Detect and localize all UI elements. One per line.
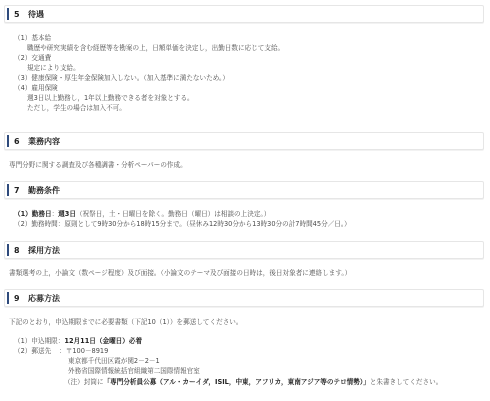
item-text: 原則として9時30分から18時15分まで。（昼休み12時30分から13時30分の… [64, 220, 350, 228]
separator: ： [59, 347, 66, 355]
item-label: （2）勤務時間 [14, 220, 58, 228]
note-suffix: と朱書きしてください。 [370, 378, 443, 386]
deadline-value: 12月11日（金曜日）必着 [64, 337, 142, 345]
section-heading-9: 9 応募方法 [4, 289, 484, 307]
section-title: 勤務条件 [28, 185, 60, 196]
item-label: （1）基本給 [14, 34, 51, 43]
section-number: 7 [14, 186, 28, 195]
heading-accent-bar [7, 292, 9, 304]
item-text: 職歴や研究実績を含む経歴等を勘案の上，日額単価を決定し，出勤日数に応じて支給。 [27, 44, 284, 53]
heading-accent-bar [7, 135, 9, 147]
item-label: （3）健康保険・厚生年金保険加入しない。（加入基準に満たないため。） [14, 74, 229, 83]
work-hours-line: （2）勤務時間：原則として9時30分から18時15分まで。（昼休み12時30分か… [14, 220, 351, 229]
item-text: ただし，学生の場合は加入不可。 [27, 104, 126, 113]
section-number: 6 [14, 137, 28, 146]
note-bold: 「専門分析員公募（アル・カーイダ，ISIL，中東，アフリカ，東南アジア等のテロ情… [104, 378, 370, 386]
section-body: 下記のとおり，申込期限までに必要書類（下記10（1））を郵送してください。 [9, 318, 242, 327]
item-text: 規定により支給。 [27, 64, 80, 73]
item-label: （1）申込期限 [14, 337, 58, 345]
mail-to-line: （2）郵送先：〒100－8919 [14, 347, 108, 356]
section-title: 業務内容 [28, 136, 60, 147]
section-body: 専門分野に関する調査及び各種調書・分析ペーパーの作成。 [9, 161, 187, 170]
item-label: （2）郵送先 [14, 347, 51, 355]
section-heading-5: 5 待遇 [4, 5, 484, 23]
work-days-line: （1）勤務日：週3日（祝祭日，土・日曜日を除く。勤務日（曜日）は相談の上決定。） [14, 210, 270, 219]
note-prefix: （注）封筒に [64, 378, 104, 386]
section-title: 採用方法 [28, 245, 60, 256]
address-line: 東京都千代田区霞が関2－2－1 [68, 357, 160, 366]
heading-accent-bar [7, 244, 9, 256]
address-line: 外務省国際情報統括官組織第二国際情報官室 [68, 367, 200, 376]
document-page: 5 待遇 （1）基本給 職歴や研究実績を含む経歴等を勘案の上，日額単価を決定し，… [0, 0, 490, 401]
section-heading-6: 6 業務内容 [4, 132, 484, 150]
postal-code: 〒100－8919 [66, 347, 109, 355]
section-number: 5 [14, 10, 28, 19]
item-label: （4）雇用保険 [14, 84, 58, 93]
item-text: 週3日以上勤務し，1年以上勤務できる者を対象とする。 [27, 94, 194, 103]
section-heading-7: 7 勤務条件 [4, 181, 484, 199]
section-number: 9 [14, 294, 28, 303]
deadline-line: （1）申込期限：12月11日（金曜日）必着 [14, 337, 142, 346]
section-body: 書類選考の上，小論文（数ページ程度）及び面接。（小論文のテーマ及び面接の日時は，… [9, 269, 351, 278]
heading-accent-bar [7, 184, 9, 196]
section-heading-8: 8 採用方法 [4, 241, 484, 259]
item-label: （1）勤務日 [14, 210, 52, 218]
item-value-bold: 週3日 [58, 210, 76, 218]
item-label: （2）交通費 [14, 54, 51, 63]
section-title: 待遇 [28, 9, 44, 20]
heading-accent-bar [7, 8, 9, 20]
envelope-note: （注）封筒に「専門分析員公募（アル・カーイダ，ISIL，中東，アフリカ，東南アジ… [64, 378, 442, 387]
item-text: （祝祭日，土・日曜日を除く。勤務日（曜日）は相談の上決定。） [76, 210, 270, 218]
section-number: 8 [14, 246, 28, 255]
section-title: 応募方法 [28, 293, 60, 304]
